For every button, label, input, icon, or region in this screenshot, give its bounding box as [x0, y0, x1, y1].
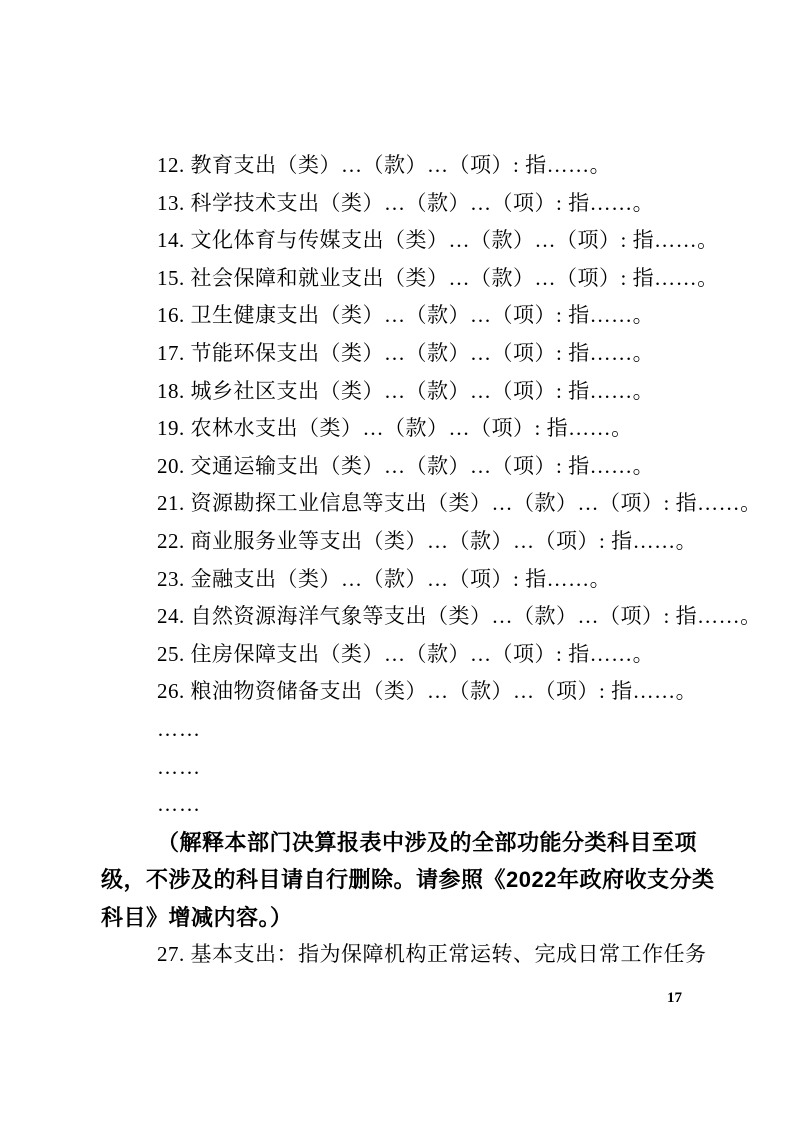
document-page: 12. 教育支出（类）…（款）…（项）: 指……。13. 科学技术支出（类）…（…	[0, 0, 794, 1122]
list-item-line: 27. 基本支出：指为保障机构正常运转、完成日常工作任务	[0, 936, 794, 974]
list-item-line: 13. 科学技术支出（类）…（款）…（项）: 指……。	[0, 185, 794, 223]
list-item-line: 19. 农林水支出（类）…（款）…（项）: 指……。	[0, 410, 794, 448]
list-item-line: 20. 交通运输支出（类）…（款）…（项）: 指……。	[0, 448, 794, 486]
list-item-line: 16. 卫生健康支出（类）…（款）…（项）: 指……。	[0, 297, 794, 335]
list-item-line: 24. 自然资源海洋气象等支出（类）…（款）…（项）: 指……。	[0, 598, 794, 636]
document-content: 12. 教育支出（类）…（款）…（项）: 指……。13. 科学技术支出（类）…（…	[0, 147, 794, 974]
list-item-line: 18. 城乡社区支出（类）…（款）…（项）: 指……。	[0, 373, 794, 411]
list-item-line: 14. 文化体育与传媒支出（类）…（款）…（项）: 指……。	[0, 222, 794, 260]
ellipsis-line: ……	[0, 711, 794, 749]
note-line: 科目》增减内容。）	[0, 899, 794, 937]
page-number: 17	[667, 989, 682, 1007]
list-item-line: 25. 住房保障支出（类）…（款）…（项）: 指……。	[0, 636, 794, 674]
list-item-line: 22. 商业服务业等支出（类）…（款）…（项）: 指……。	[0, 523, 794, 561]
note-line: （解释本部门决算报表中涉及的全部功能分类科目至项	[0, 824, 794, 862]
list-item-line: 12. 教育支出（类）…（款）…（项）: 指……。	[0, 147, 794, 185]
note-line: 级，不涉及的科目请自行删除。请参照《2022年政府收支分类	[0, 861, 794, 899]
list-item-line: 23. 金融支出（类）…（款）…（项）: 指……。	[0, 561, 794, 599]
list-item-line: 15. 社会保障和就业支出（类）…（款）…（项）: 指……。	[0, 260, 794, 298]
ellipsis-line: ……	[0, 749, 794, 787]
list-item-line: 21. 资源勘探工业信息等支出（类）…（款）…（项）: 指……。	[0, 485, 794, 523]
list-item-line: 17. 节能环保支出（类）…（款）…（项）: 指……。	[0, 335, 794, 373]
note-paragraph: （解释本部门决算报表中涉及的全部功能分类科目至项级，不涉及的科目请自行删除。请参…	[0, 824, 794, 937]
list-item-line: 26. 粮油物资储备支出（类）…（款）…（项）: 指……。	[0, 673, 794, 711]
ellipsis-line: ……	[0, 786, 794, 824]
